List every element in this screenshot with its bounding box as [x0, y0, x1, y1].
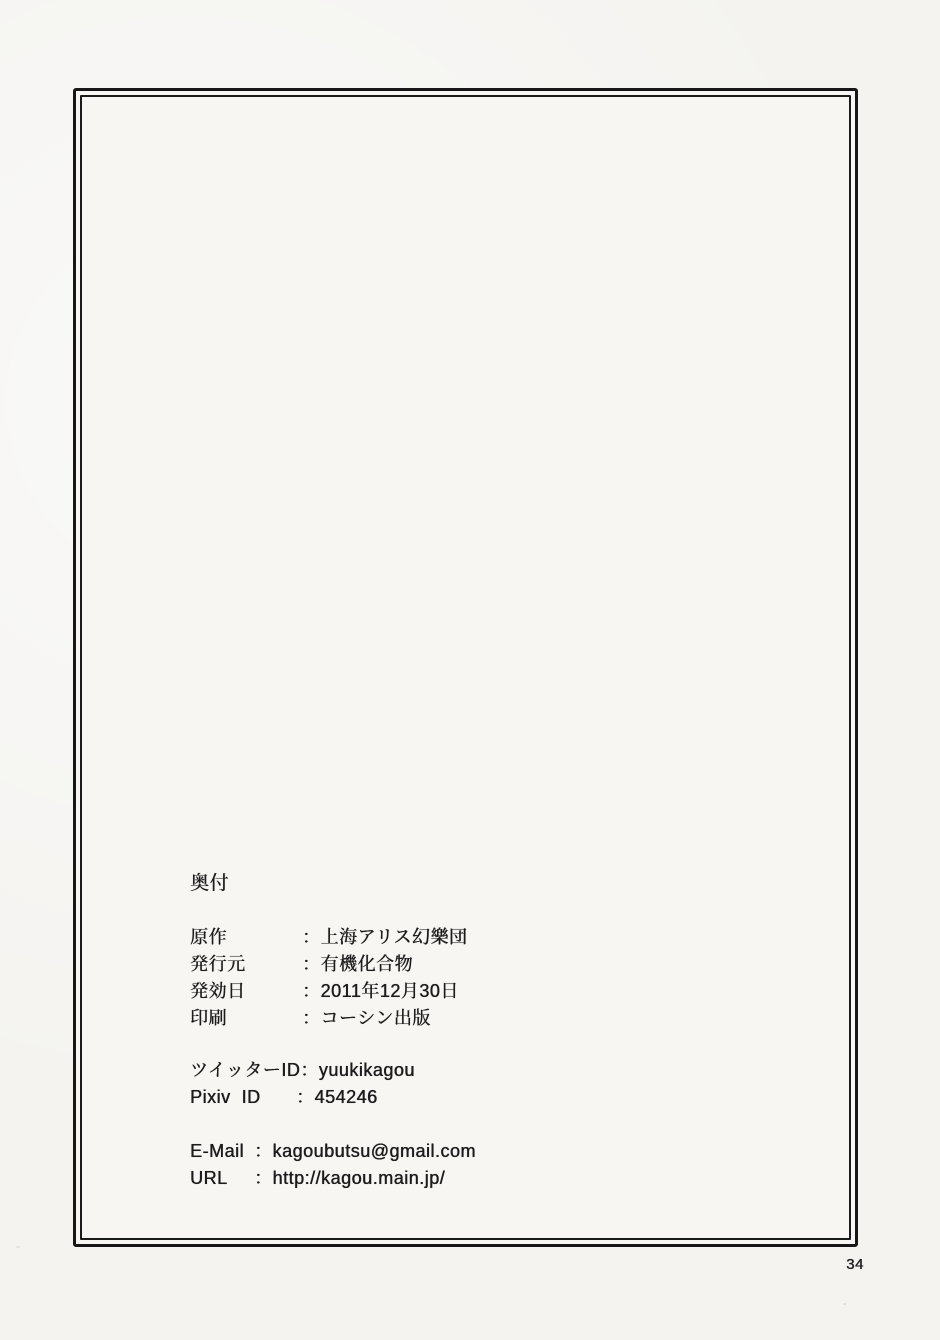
contact-value: ：http://kagou.main.jp/ [254, 1165, 445, 1192]
id-row-pixiv: Pixiv ID ：454246 [190, 1084, 415, 1111]
id-label: Pixiv ID [190, 1084, 296, 1111]
contact-label: E-Mail [190, 1138, 254, 1165]
credit-label: 発効日 [190, 978, 302, 1005]
scanned-page: 奥付 原作 ：上海アリス幻樂団 発行元 ：有機化合物 発効日 ：2011年12月… [0, 0, 940, 1340]
contact-value: ：kagoubutsu@gmail.com [254, 1138, 476, 1165]
credit-label: 印刷 [190, 1005, 302, 1032]
id-label: ツイッターID [190, 1057, 300, 1084]
contact-block: E-Mail ：kagoubutsu@gmail.com URL ：http:/… [190, 1138, 476, 1192]
credit-row-printing: 印刷 ：コーシン出版 [190, 1005, 467, 1032]
credits-block: 原作 ：上海アリス幻樂団 発行元 ：有機化合物 発効日 ：2011年12月30日… [190, 924, 467, 1032]
credit-value: ：有機化合物 [302, 951, 413, 978]
credit-value: ：2011年12月30日 [302, 978, 459, 1005]
credit-value: ：上海アリス幻樂団 [302, 924, 467, 951]
page-number: 34 [840, 1255, 870, 1275]
ids-block: ツイッターID ：yuukikagou Pixiv ID ：454246 [190, 1057, 415, 1111]
id-value: ：454246 [296, 1084, 378, 1111]
credit-row-publisher: 発行元 ：有機化合物 [190, 951, 467, 978]
credit-value: ：コーシン出版 [302, 1005, 431, 1032]
scan-speck [16, 1246, 20, 1248]
credit-row-original-work: 原作 ：上海アリス幻樂団 [190, 924, 467, 951]
credit-label: 原作 [190, 924, 302, 951]
scan-speck [843, 1303, 846, 1305]
id-value: ：yuukikagou [300, 1057, 415, 1084]
contact-label: URL [190, 1165, 254, 1192]
contact-row-email: E-Mail ：kagoubutsu@gmail.com [190, 1138, 476, 1165]
id-row-twitter: ツイッターID ：yuukikagou [190, 1057, 415, 1084]
colophon-heading: 奥付 [190, 870, 229, 897]
contact-row-url: URL ：http://kagou.main.jp/ [190, 1165, 476, 1192]
credit-label: 発行元 [190, 951, 302, 978]
credit-row-issue-date: 発効日 ：2011年12月30日 [190, 978, 467, 1005]
